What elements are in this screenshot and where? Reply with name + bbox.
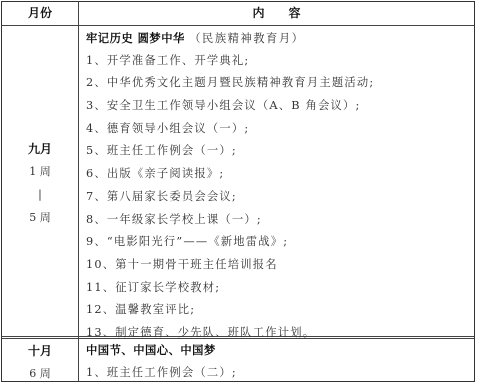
list-item: 8、一年级家长学校上课（一）; [86,209,374,232]
month-name: 九月 [2,138,78,160]
list-item: 5、班主任工作例会（一）; [86,140,374,163]
list-item: 10、第十一期骨干班主任培训报名 [86,254,374,277]
week-start: 6 周 [2,362,78,384]
header-divider [2,25,474,26]
list-item: 6、出版《亲子阅读报》; [86,163,374,186]
september-content: 牢记历史 圆梦中华 （民族精神教育月） 1、开学准备工作、开学典礼; 2、中华优… [86,27,374,345]
list-item: 2、中华优秀文化主题月暨民族精神教育月主题活动; [86,72,374,95]
week-separator: | [2,183,78,206]
september-month-cell: 九月 1 周 | 5 周 [2,138,78,229]
list-item: 7、第八届家长委员会会议; [86,186,374,209]
list-item: 4、德育领导小组会议（一）; [86,118,374,141]
schedule-table: 月份 内 容 九月 1 周 | 5 周 牢记历史 圆梦中华 （民族精神教育月） … [1,1,475,382]
week-start: 1 周 [2,160,78,183]
october-content: 中国节、中国心、中国梦 1、班主任工作例会（二）; [86,339,237,384]
header-month: 月份 [2,2,78,25]
theme-subtitle: （民族精神教育月） [189,32,304,45]
list-item: 12、温馨教室评比; [86,299,374,322]
week-end: 5 周 [2,206,78,229]
list-item: 1、开学准备工作、开学典礼; [86,50,374,73]
list-item: 3、安全卫生工作领导小组会议（A、B 角会议）; [86,95,374,118]
october-month-cell: 十月 6 周 [2,340,78,384]
list-item: 1、班主任工作例会（二）; [86,362,237,384]
header-content: 内 容 [79,2,474,25]
september-theme: 牢记历史 圆梦中华 （民族精神教育月） [86,27,374,50]
list-item: 9、“电影阳光行”——《新地雷战》; [86,231,374,254]
theme-title: 牢记历史 圆梦中华 [86,31,185,45]
list-item: 11、征订家长学校教材; [86,277,374,300]
october-theme: 中国节、中国心、中国梦 [86,339,237,362]
month-name: 十月 [2,340,78,362]
column-divider [78,2,79,381]
